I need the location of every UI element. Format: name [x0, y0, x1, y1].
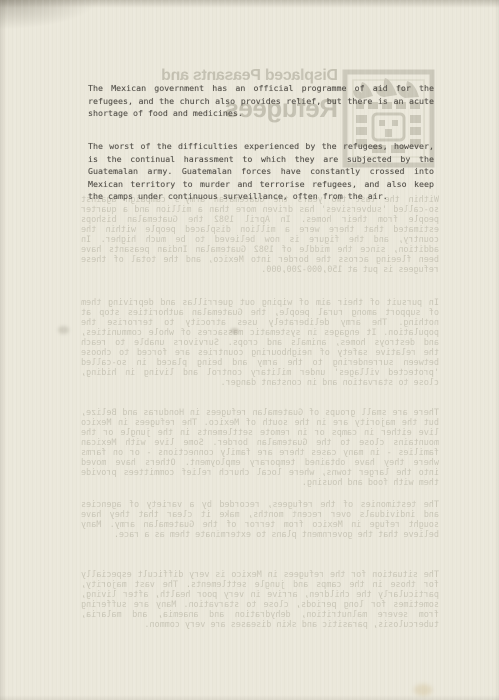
typewritten-text-layer: The Mexican government has an official p…: [0, 0, 499, 700]
paper-stain: [414, 684, 432, 696]
paper-speck: [230, 328, 239, 334]
paper-smudge: [58, 326, 69, 334]
paragraph-army-harassment: The worst of the difficulties experience…: [88, 140, 434, 203]
paragraph-aid-programme: The Mexican government has an official p…: [88, 82, 434, 120]
scanned-document-page: Displaced Peasants and Refugees Within t…: [0, 0, 499, 700]
